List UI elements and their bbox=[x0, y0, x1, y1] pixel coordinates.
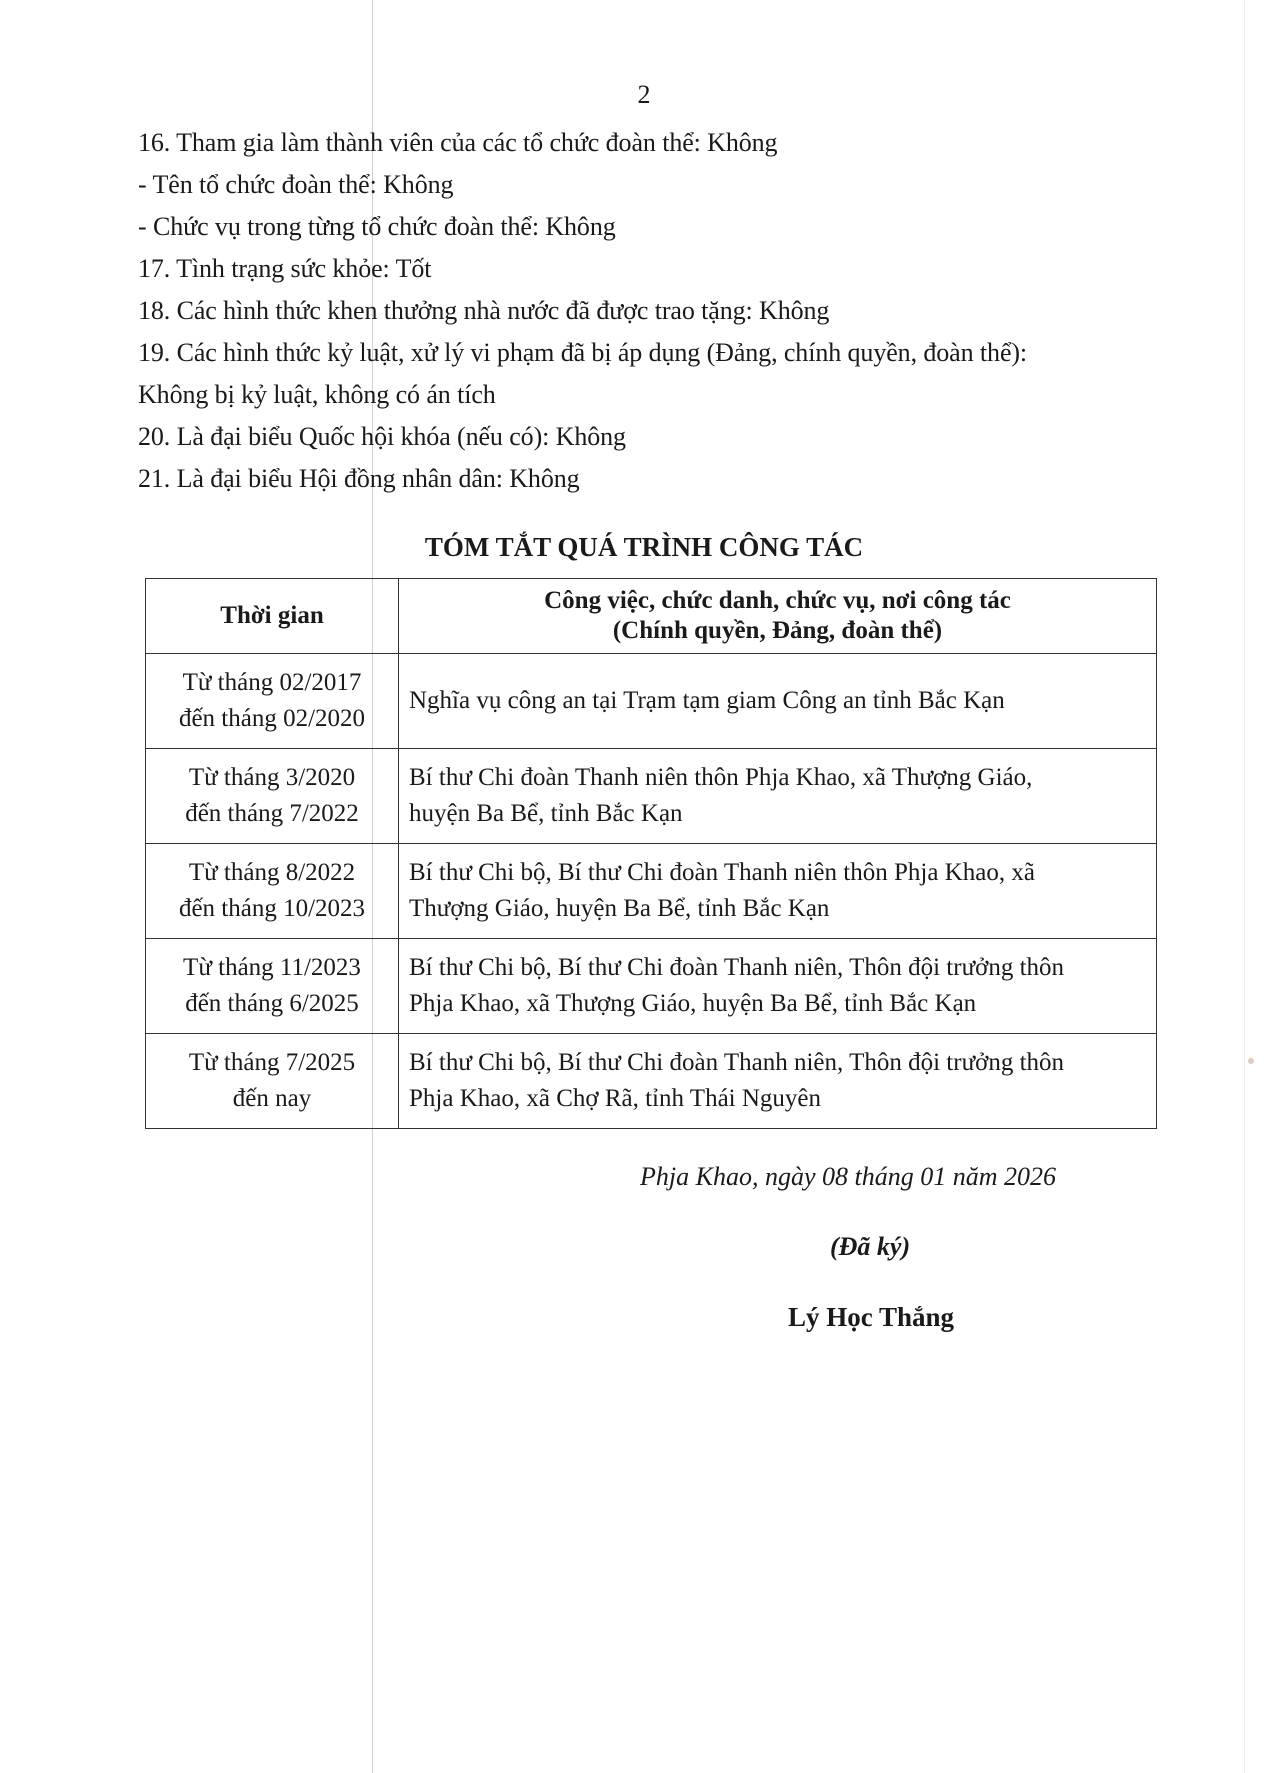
desc-line1: Bí thư Chi đoàn Thanh niên thôn Phja Kha… bbox=[409, 760, 1148, 796]
item-20: 20. Là đại biểu Quốc hội khóa (nếu có): … bbox=[138, 416, 1158, 458]
signature-signed-note: (Đã ký) bbox=[830, 1232, 910, 1262]
header-work-line2: (Chính quyền, Đảng, đoàn thể) bbox=[400, 616, 1155, 646]
time-from: Từ tháng 8/2022 bbox=[150, 855, 394, 891]
item-17: 17. Tình trạng sức khỏe: Tốt bbox=[138, 248, 1158, 290]
header-time: Thời gian bbox=[146, 579, 399, 654]
row-description: Bí thư Chi bộ, Bí thư Chi đoàn Thanh niê… bbox=[399, 1034, 1157, 1129]
table-row: Từ tháng 02/2017 đến tháng 02/2020 Nghĩa… bbox=[146, 654, 1157, 749]
desc-line2: Phja Khao, xã Chợ Rã, tỉnh Thái Nguyên bbox=[409, 1081, 1148, 1117]
desc-line2: Thượng Giáo, huyện Ba Bể, tỉnh Bắc Kạn bbox=[409, 891, 1148, 927]
time-to: đến tháng 10/2023 bbox=[150, 891, 394, 927]
page-number: 2 bbox=[0, 80, 1266, 110]
row-description: Bí thư Chi bộ, Bí thư Chi đoàn Thanh niê… bbox=[399, 844, 1157, 939]
header-work-line1: Công việc, chức danh, chức vụ, nơi công … bbox=[400, 586, 1155, 616]
item-21: 21. Là đại biểu Hội đồng nhân dân: Không bbox=[138, 458, 1158, 500]
desc-line2: Phja Khao, xã Thượng Giáo, huyện Ba Bể, … bbox=[409, 986, 1148, 1022]
table-row: Từ tháng 11/2023 đến tháng 6/2025 Bí thư… bbox=[146, 939, 1157, 1034]
table-row: Từ tháng 8/2022 đến tháng 10/2023 Bí thư… bbox=[146, 844, 1157, 939]
table-row: Từ tháng 3/2020 đến tháng 7/2022 Bí thư … bbox=[146, 749, 1157, 844]
desc-line2: huyện Ba Bể, tỉnh Bắc Kạn bbox=[409, 796, 1148, 832]
scan-smudge bbox=[1248, 1058, 1254, 1064]
desc-line1: Nghĩa vụ công an tại Trạm tạm giam Công … bbox=[409, 683, 1148, 719]
row-time: Từ tháng 3/2020 đến tháng 7/2022 bbox=[146, 749, 399, 844]
personal-info-list: 16. Tham gia làm thành viên của các tổ c… bbox=[138, 122, 1158, 500]
row-description: Bí thư Chi đoàn Thanh niên thôn Phja Kha… bbox=[399, 749, 1157, 844]
item-16: 16. Tham gia làm thành viên của các tổ c… bbox=[138, 122, 1158, 164]
time-to: đến tháng 7/2022 bbox=[150, 796, 394, 832]
item-19-value: Không bị kỷ luật, không có án tích bbox=[138, 374, 1158, 416]
row-time: Từ tháng 02/2017 đến tháng 02/2020 bbox=[146, 654, 399, 749]
scan-edge-line bbox=[1244, 0, 1245, 1773]
row-time: Từ tháng 8/2022 đến tháng 10/2023 bbox=[146, 844, 399, 939]
item-16-org-name: - Tên tổ chức đoàn thể: Không bbox=[138, 164, 1158, 206]
time-from: Từ tháng 7/2025 bbox=[150, 1045, 394, 1081]
time-from: Từ tháng 3/2020 bbox=[150, 760, 394, 796]
section-title: TÓM TẮT QUÁ TRÌNH CÔNG TÁC bbox=[0, 532, 1266, 563]
signature-name: Lý Học Thắng bbox=[788, 1302, 954, 1333]
time-from: Từ tháng 02/2017 bbox=[150, 665, 394, 701]
table-row: Từ tháng 7/2025 đến nay Bí thư Chi bộ, B… bbox=[146, 1034, 1157, 1129]
desc-line1: Bí thư Chi bộ, Bí thư Chi đoàn Thanh niê… bbox=[409, 1045, 1148, 1081]
row-time: Từ tháng 7/2025 đến nay bbox=[146, 1034, 399, 1129]
time-to: đến tháng 02/2020 bbox=[150, 701, 394, 737]
table-header-row: Thời gian Công việc, chức danh, chức vụ,… bbox=[146, 579, 1157, 654]
time-to: đến nay bbox=[150, 1081, 394, 1117]
desc-line1: Bí thư Chi bộ, Bí thư Chi đoàn Thanh niê… bbox=[409, 855, 1148, 891]
desc-line1: Bí thư Chi bộ, Bí thư Chi đoàn Thanh niê… bbox=[409, 950, 1148, 986]
work-history-table: Thời gian Công việc, chức danh, chức vụ,… bbox=[145, 578, 1157, 1129]
row-time: Từ tháng 11/2023 đến tháng 6/2025 bbox=[146, 939, 399, 1034]
time-from: Từ tháng 11/2023 bbox=[150, 950, 394, 986]
item-18: 18. Các hình thức khen thưởng nhà nước đ… bbox=[138, 290, 1158, 332]
item-19: 19. Các hình thức kỷ luật, xử lý vi phạm… bbox=[138, 332, 1158, 374]
signature-place-date: Phja Khao, ngày 08 tháng 01 năm 2026 bbox=[640, 1162, 1056, 1192]
time-to: đến tháng 6/2025 bbox=[150, 986, 394, 1022]
header-work: Công việc, chức danh, chức vụ, nơi công … bbox=[399, 579, 1157, 654]
row-description: Nghĩa vụ công an tại Trạm tạm giam Công … bbox=[399, 654, 1157, 749]
item-16-org-position: - Chức vụ trong từng tổ chức đoàn thể: K… bbox=[138, 206, 1158, 248]
row-description: Bí thư Chi bộ, Bí thư Chi đoàn Thanh niê… bbox=[399, 939, 1157, 1034]
